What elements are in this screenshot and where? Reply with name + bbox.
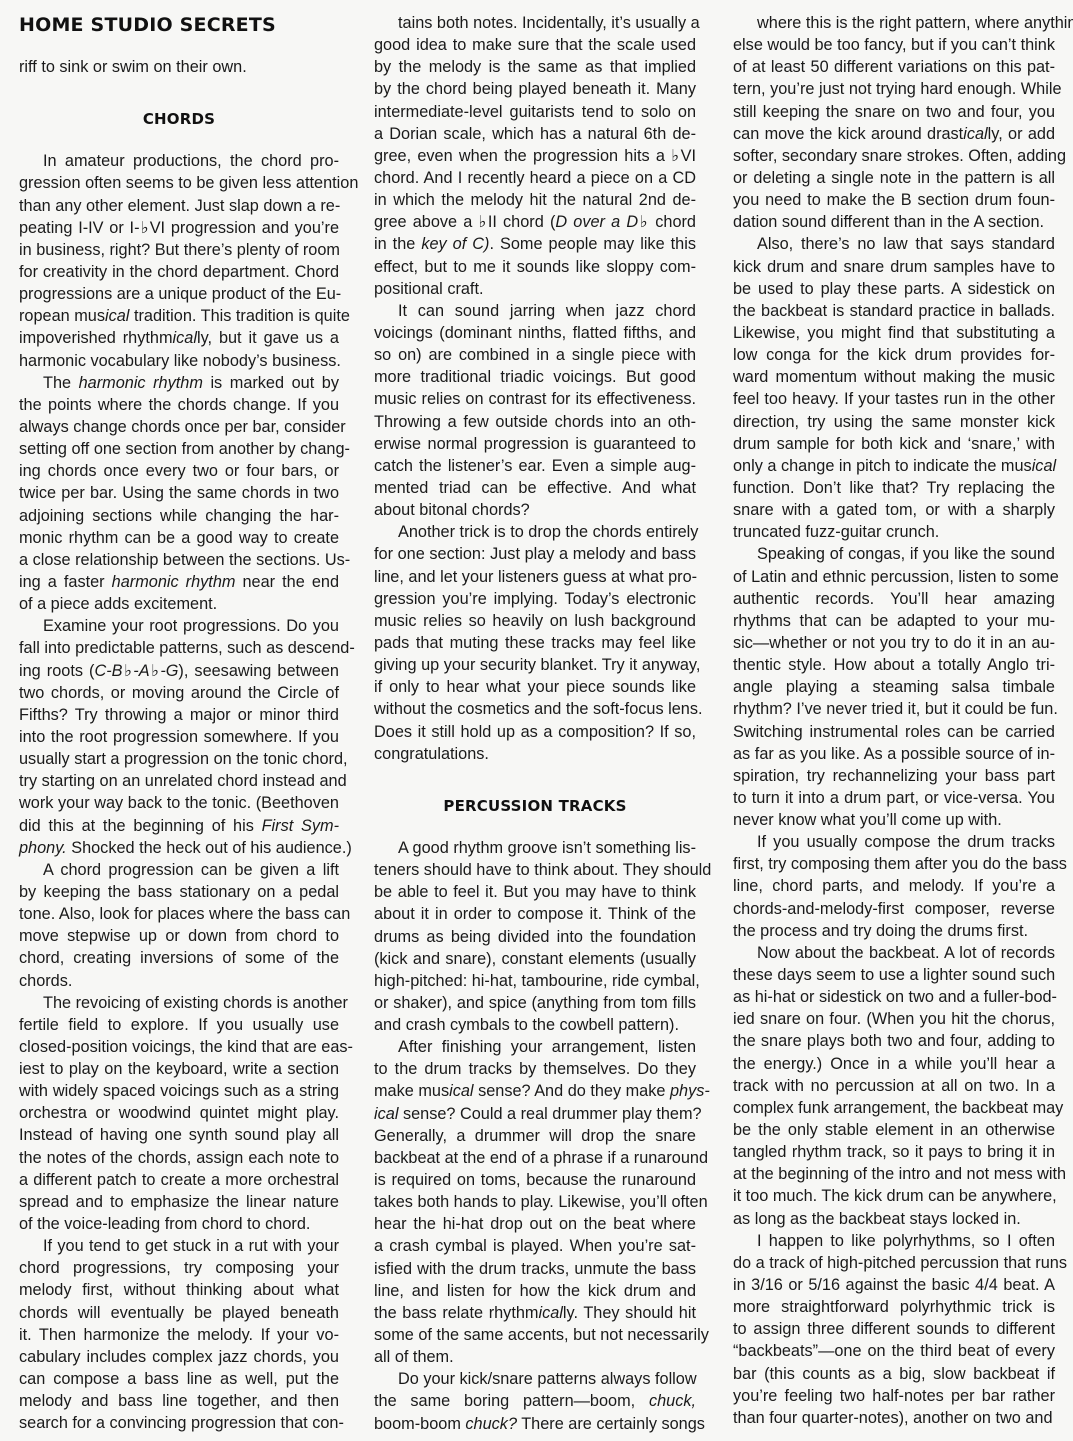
text-line: the same boring pattern—boom, chuck, [374, 1390, 696, 1412]
text-line: the notes of the chords, assign each not… [19, 1147, 339, 1169]
text-line: tangled rhythm track, so it pays to brin… [733, 1141, 1055, 1163]
col2-body-bottom: A good rhythm groove isn’t something lis… [374, 837, 696, 1435]
text-line: of the voice-leading from chord to chord… [19, 1213, 339, 1235]
text-line: The revoicing of existing chords is anot… [19, 992, 339, 1014]
text-line: ing roots (C-B♭-A♭-G), seesawing between [19, 660, 339, 682]
text-line: all of them. [374, 1346, 696, 1368]
text-line: softer, secondary snare strokes. Often, … [733, 145, 1055, 167]
text-line: boom-boom chuck? There are certainly son… [374, 1413, 696, 1435]
text-line: Do your kick/snare patterns always follo… [374, 1368, 696, 1390]
text-line: sic—whether or not you try to do it in a… [733, 632, 1055, 654]
text-line: function. Don’t like that? Try replacing… [733, 477, 1055, 499]
text-line: Now about the backbeat. A lot of records [733, 942, 1055, 964]
text-line: Switching instrumental roles can be carr… [733, 721, 1055, 743]
text-line: in business, right? But there’s plenty o… [19, 239, 339, 261]
text-line: line, and listen for how the kick drum a… [374, 1280, 696, 1302]
text-line: Examine your root progressions. Do you [19, 615, 339, 637]
text-line: congratulations. [374, 743, 696, 765]
text-line: In amateur productions, the chord pro- [19, 150, 339, 172]
text-line: gree above a ♭II chord (D over a D♭ chor… [374, 211, 696, 233]
text-line: Likewise, you might find that substituti… [733, 322, 1055, 344]
paragraph: In amateur productions, the chord pro-gr… [19, 150, 339, 371]
paragraph: If you usually compose the drum tracksfi… [733, 831, 1055, 942]
paragraph: I happen to like polyrhythms, so I often… [733, 1230, 1055, 1429]
text-line: chord progressions, try composing your [19, 1257, 339, 1279]
text-line: about it in order to compose it. Think o… [374, 903, 696, 925]
text-line: gression often seems to be given less at… [19, 172, 339, 194]
text-line: you need to make the B section drum foun… [733, 189, 1055, 211]
text-line: the process and try doing the drums firs… [733, 920, 1055, 942]
text-line: at the beginning of the intro and not me… [733, 1163, 1055, 1185]
text-line: (kick and snare), constant elements (usu… [374, 948, 696, 970]
text-line: more straightforward polyrhythmic trick … [733, 1296, 1055, 1318]
text-line: truncated fuzz-guitar crunch. [733, 521, 1055, 543]
text-line: ing chords once every two or four bars, … [19, 460, 339, 482]
paragraph: Do your kick/snare patterns always follo… [374, 1368, 696, 1434]
text-line: by keeping the bass stationary on a peda… [19, 881, 339, 903]
text-line: drums as being divided into the foundati… [374, 926, 696, 948]
section-heading-chords: CHORDS [19, 108, 339, 130]
text-line: never know what you’ll come up with. [733, 809, 1055, 831]
text-line: you’re feeling two half-notes per bar ra… [733, 1385, 1055, 1407]
text-line: setting off one section from another by … [19, 438, 339, 460]
text-line: so on) are combined in a single piece wi… [374, 344, 696, 366]
text-line: Throwing a few outside chords into an ot… [374, 411, 696, 433]
text-line: for one section: Just play a melody and … [374, 543, 696, 565]
paragraph: Speaking of congas, if you like the soun… [733, 543, 1055, 831]
text-line: is required on toms, because the runarou… [374, 1169, 696, 1191]
text-line: twice per bar. Using the same chords in … [19, 482, 339, 504]
text-line: of at least 50 different variations on t… [733, 56, 1055, 78]
text-line: spread and to emphasize the linear natur… [19, 1191, 339, 1213]
text-line: or shaker), and spice (anything from tom… [374, 992, 696, 1014]
col3-body: where this is the right pattern, where a… [733, 12, 1055, 1429]
text-line: A good rhythm groove isn’t something lis… [374, 837, 696, 859]
paragraph: The harmonic rhythm is marked out bythe … [19, 372, 339, 616]
text-line: Generally, a drummer will drop the snare [374, 1125, 696, 1147]
text-line: spiration, try rechannelizing your bass … [733, 765, 1055, 787]
text-line: dation sound different than in the A sec… [733, 211, 1055, 233]
text-line: these days seem to use a lighter sound s… [733, 964, 1055, 986]
text-line: the bass relate rhythmically. They shoul… [374, 1302, 696, 1324]
text-line: it too much. The kick drum can be anywhe… [733, 1185, 1055, 1207]
text-line: in which the melody hit the natural 2nd … [374, 189, 696, 211]
text-line: in 3/16 or 5/16 against the basic 4/4 be… [733, 1274, 1055, 1296]
text-line: line, and let your listeners guess at wh… [374, 566, 696, 588]
text-line: positional craft. [374, 278, 696, 300]
text-line: as long as the backbeat stays locked in. [733, 1208, 1055, 1230]
text-line: chords will eventually be played beneath [19, 1302, 339, 1324]
text-line: can compose a bass line as well, put the [19, 1368, 339, 1390]
text-line: intermediate-level guitarists tend to so… [374, 101, 696, 123]
text-line: I happen to like polyrhythms, so I often [733, 1230, 1055, 1252]
paragraph: The revoicing of existing chords is anot… [19, 992, 339, 1236]
text-line: thentic style. How about a totally Anglo… [733, 654, 1055, 676]
text-line: a different patch to create a more orche… [19, 1169, 339, 1191]
running-head: HOME STUDIO SECRETS [19, 14, 276, 36]
paragraph: A good rhythm groove isn’t something lis… [374, 837, 696, 1036]
text-line: If you tend to get stuck in a rut with y… [19, 1235, 339, 1257]
text-line: It can sound jarring when jazz chord [374, 300, 696, 322]
lead-paragraph: riff to sink or swim on their own. [19, 56, 339, 78]
text-line: to the drum tracks by themselves. Do the… [374, 1058, 696, 1080]
text-line: mented triad can be effective. And what [374, 477, 696, 499]
text-line: usually start a progression on the tonic… [19, 748, 339, 770]
text-line: ical sense? Could a real drummer play th… [374, 1103, 696, 1125]
text-line: chord. And I recently heard a piece on a… [374, 167, 696, 189]
text-line: by the chord being played beneath it. Ma… [374, 78, 696, 100]
text-line: tern, you’re just not trying hard enough… [733, 78, 1055, 100]
text-line: of a piece adds excitement. [19, 593, 339, 615]
text-line: two chords, or moving around the Circle … [19, 682, 339, 704]
text-line: into the root progression somewhere. If … [19, 726, 339, 748]
text-line: a crash cymbal is played. When you’re sa… [374, 1235, 696, 1257]
text-line: voicings (dominant ninths, flatted fifth… [374, 322, 696, 344]
paragraph: After finishing your arrangement, listen… [374, 1036, 696, 1368]
text-line: music relies on contrast for its effecti… [374, 388, 696, 410]
text-line: Speaking of congas, if you like the soun… [733, 543, 1055, 565]
text-line: be able to feel it. But you may have to … [374, 881, 696, 903]
column-2: tains both notes. Incidentally, it’s usu… [374, 12, 696, 1435]
text-line: rhythm? I’ve never tried it, but it coul… [733, 698, 1055, 720]
text-line: tone. Also, look for places where the ba… [19, 903, 339, 925]
text-line: of Latin and ethnic percussion, listen t… [733, 566, 1055, 588]
text-line: erwise normal progression is guaranteed … [374, 433, 696, 455]
text-line: rhythms that can be adapted to your mu- [733, 610, 1055, 632]
text-line: by the melody is the same as that implie… [374, 56, 696, 78]
text-line: backbeat at the end of a phrase if a run… [374, 1147, 696, 1169]
text-line: If you usually compose the drum tracks [733, 831, 1055, 853]
text-line: move stepwise up or down from chord to [19, 925, 339, 947]
text-line: high-pitched: hi-hat, tambourine, ride c… [374, 970, 696, 992]
paragraph: Examine your root progressions. Do youfa… [19, 615, 339, 859]
text-line: harmonic vocabulary like nobody’s busine… [19, 350, 339, 372]
paragraph: Now about the backbeat. A lot of records… [733, 942, 1055, 1230]
text-line: make musical sense? And do they make phy… [374, 1080, 696, 1102]
text-line: “backbeats”—one on the third beat of eve… [733, 1340, 1055, 1362]
text-line: authentic records. You’ll hear amazing [733, 588, 1055, 610]
text-line: feel too heavy. If your tastes run in th… [733, 388, 1055, 410]
paragraph: If you tend to get stuck in a rut with y… [19, 1235, 339, 1434]
text-line: hear the hi-hat drop out on the beat whe… [374, 1213, 696, 1235]
text-line: A chord progression can be given a lift [19, 859, 339, 881]
text-line: first, try composing them after you do t… [733, 853, 1055, 875]
text-line: phony. Shocked the heck out of his audie… [19, 837, 339, 859]
text-line: to turn it into a drum part, or vice-ver… [733, 787, 1055, 809]
text-line: as far as you like. As a possible source… [733, 743, 1055, 765]
text-line: without the cosmetics and the soft-focus… [374, 698, 696, 720]
text-line: progressions are a unique product of the… [19, 283, 339, 305]
text-line: it. Then harmonize the melody. If your v… [19, 1324, 339, 1346]
text-line: always change chords once per bar, consi… [19, 416, 339, 438]
text-line: the points where the chords change. If y… [19, 394, 339, 416]
text-line: chord, creating inversions of some of th… [19, 947, 339, 969]
text-line: Also, there’s no law that says standard [733, 233, 1055, 255]
text-line: chords-and-melody-first composer, revers… [733, 898, 1055, 920]
text-line: monic rhythm can be a good way to create [19, 527, 339, 549]
text-line: teners should have to think about. They … [374, 859, 696, 881]
text-line: complex funk arrangement, the backbeat m… [733, 1097, 1055, 1119]
paragraph: tains both notes. Incidentally, it’s usu… [374, 12, 696, 300]
magazine-page: HOME STUDIO SECRETS riff to sink or swim… [0, 0, 1073, 1441]
text-line: or deleting a single note in the pattern… [733, 167, 1055, 189]
text-line: if only to hear what your piece sounds l… [374, 676, 696, 698]
text-line: in the key of C). Some people may like t… [374, 233, 696, 255]
text-line: angle playing a steaming salsa timbale [733, 676, 1055, 698]
text-line: than any other element. Just slap down a… [19, 195, 339, 217]
text-line: cabulary includes complex jazz chords, y… [19, 1346, 339, 1368]
text-line: orchestra or woodwind quintet might play… [19, 1102, 339, 1124]
text-line: Another trick is to drop the chords enti… [374, 521, 696, 543]
text-line: gree, even when the progression hits a ♭… [374, 145, 696, 167]
text-line: riff to sink or swim on their own. [19, 56, 339, 78]
text-line: After finishing your arrangement, listen [374, 1036, 696, 1058]
text-line: The harmonic rhythm is marked out by [19, 372, 339, 394]
text-line: catch the listener’s ear. Even a simple … [374, 455, 696, 477]
text-line: and crash cymbals to the cowbell pattern… [374, 1014, 696, 1036]
col1-body: In amateur productions, the chord pro-gr… [19, 150, 339, 1434]
text-line: bar (this counts as a big, slow backbeat… [733, 1363, 1055, 1385]
text-line: the snare plays both two and four, addin… [733, 1030, 1055, 1052]
text-line: pads that muting these tracks may feel l… [374, 632, 696, 654]
text-line: Does it still hold up as a composition? … [374, 721, 696, 743]
text-line: chords. [19, 970, 339, 992]
text-line: be the only stable element in an otherwi… [733, 1119, 1055, 1141]
text-line: some of the same accents, but not necess… [374, 1324, 696, 1346]
text-line: else would be too fancy, but if you can’… [733, 34, 1055, 56]
text-line: music relies so heavily on lush backgrou… [374, 610, 696, 632]
paragraph: Also, there’s no law that says standardk… [733, 233, 1055, 543]
text-line: closed-position voicings, the kind that … [19, 1036, 339, 1058]
text-line: good idea to make sure that the scale us… [374, 34, 696, 56]
text-line: more traditional triadic voicings. But g… [374, 366, 696, 388]
text-line: be used to play these parts. A sidestick… [733, 278, 1055, 300]
text-line: for creativity in the chord department. … [19, 261, 339, 283]
text-line: track with no percussion at all on two. … [733, 1075, 1055, 1097]
text-line: Fifths? Try throwing a major or minor th… [19, 704, 339, 726]
text-line: only a change in pitch to indicate the m… [733, 455, 1055, 477]
paragraph: Another trick is to drop the chords enti… [374, 521, 696, 765]
text-line: still keeping the snare on two and four,… [733, 101, 1055, 123]
text-line: ropean musical tradition. This tradition… [19, 305, 339, 327]
text-line: tains both notes. Incidentally, it’s usu… [374, 12, 696, 34]
text-line: Instead of having one synth sound play a… [19, 1124, 339, 1146]
text-line: gression you’re implying. Today’s electr… [374, 588, 696, 610]
text-line: low conga for the kick drum provides for… [733, 344, 1055, 366]
col2-body-top: tains both notes. Incidentally, it’s usu… [374, 12, 696, 765]
text-line: fertile field to explore. If you usually… [19, 1014, 339, 1036]
text-line: effect, but to me it sounds like sloppy … [374, 256, 696, 278]
text-line: a close relationship between the section… [19, 549, 339, 571]
text-line: do a track of high-pitched percussion th… [733, 1252, 1055, 1274]
text-line: isfied with the drum tracks, unmute the … [374, 1258, 696, 1280]
paragraph: A chord progression can be given a liftb… [19, 859, 339, 992]
section-heading-percussion: PERCUSSION TRACKS [374, 795, 696, 817]
text-line: did this at the beginning of his First S… [19, 815, 339, 837]
text-line: try starting on an unrelated chord inste… [19, 770, 339, 792]
text-line: peating I-IV or I-♭VI progression and yo… [19, 217, 339, 239]
text-line: ing a faster harmonic rhythm near the en… [19, 571, 339, 593]
text-line: snare with a gated tom, or with a sharpl… [733, 499, 1055, 521]
text-line: impoverished rhythmically, but it gave u… [19, 327, 339, 349]
text-line: with widely spaced voicings such as a st… [19, 1080, 339, 1102]
text-line: adjoining sections while changing the ha… [19, 505, 339, 527]
text-line: melody and bass line together, and then [19, 1390, 339, 1412]
text-line: direction, try using the same monster ki… [733, 411, 1055, 433]
text-line: where this is the right pattern, where a… [733, 12, 1055, 34]
text-line: search for a convincing progression that… [19, 1412, 339, 1434]
text-line: as hi-hat or sidestick on two and a full… [733, 986, 1055, 1008]
text-line: work your way back to the tonic. (Beetho… [19, 792, 339, 814]
text-line: about bitonal chords? [374, 499, 696, 521]
text-line: iest to play on the keyboard, write a se… [19, 1058, 339, 1080]
text-line: kick drum and snare drum samples have to [733, 256, 1055, 278]
text-line: fall into predictable patterns, such as … [19, 637, 339, 659]
text-line: a Dorian scale, which has a natural 6th … [374, 123, 696, 145]
text-line: takes both hands to play. Likewise, you’… [374, 1191, 696, 1213]
text-line: ward momentum without making the music [733, 366, 1055, 388]
text-line: the backbeat is standard practice in bal… [733, 300, 1055, 322]
column-1: riff to sink or swim on their own. CHORD… [19, 56, 339, 1434]
text-line: can move the kick around drastically, or… [733, 123, 1055, 145]
paragraph: where this is the right pattern, where a… [733, 12, 1055, 233]
text-line: the energy.) Once in a while you’ll hear… [733, 1053, 1055, 1075]
paragraph: It can sound jarring when jazz chordvoic… [374, 300, 696, 521]
text-line: drum sample for both kick and ‘snare,’ w… [733, 433, 1055, 455]
text-line: melody first, without thinking about wha… [19, 1279, 339, 1301]
text-line: giving up your security blanket. Try it … [374, 654, 696, 676]
text-line: line, chord parts, and melody. If you’re… [733, 875, 1055, 897]
text-line: to assign three different sounds to diff… [733, 1318, 1055, 1340]
text-line: ied snare on four. (When you hit the cho… [733, 1008, 1055, 1030]
text-line: than four quarter-notes), another on two… [733, 1407, 1055, 1429]
column-3: where this is the right pattern, where a… [733, 12, 1055, 1429]
